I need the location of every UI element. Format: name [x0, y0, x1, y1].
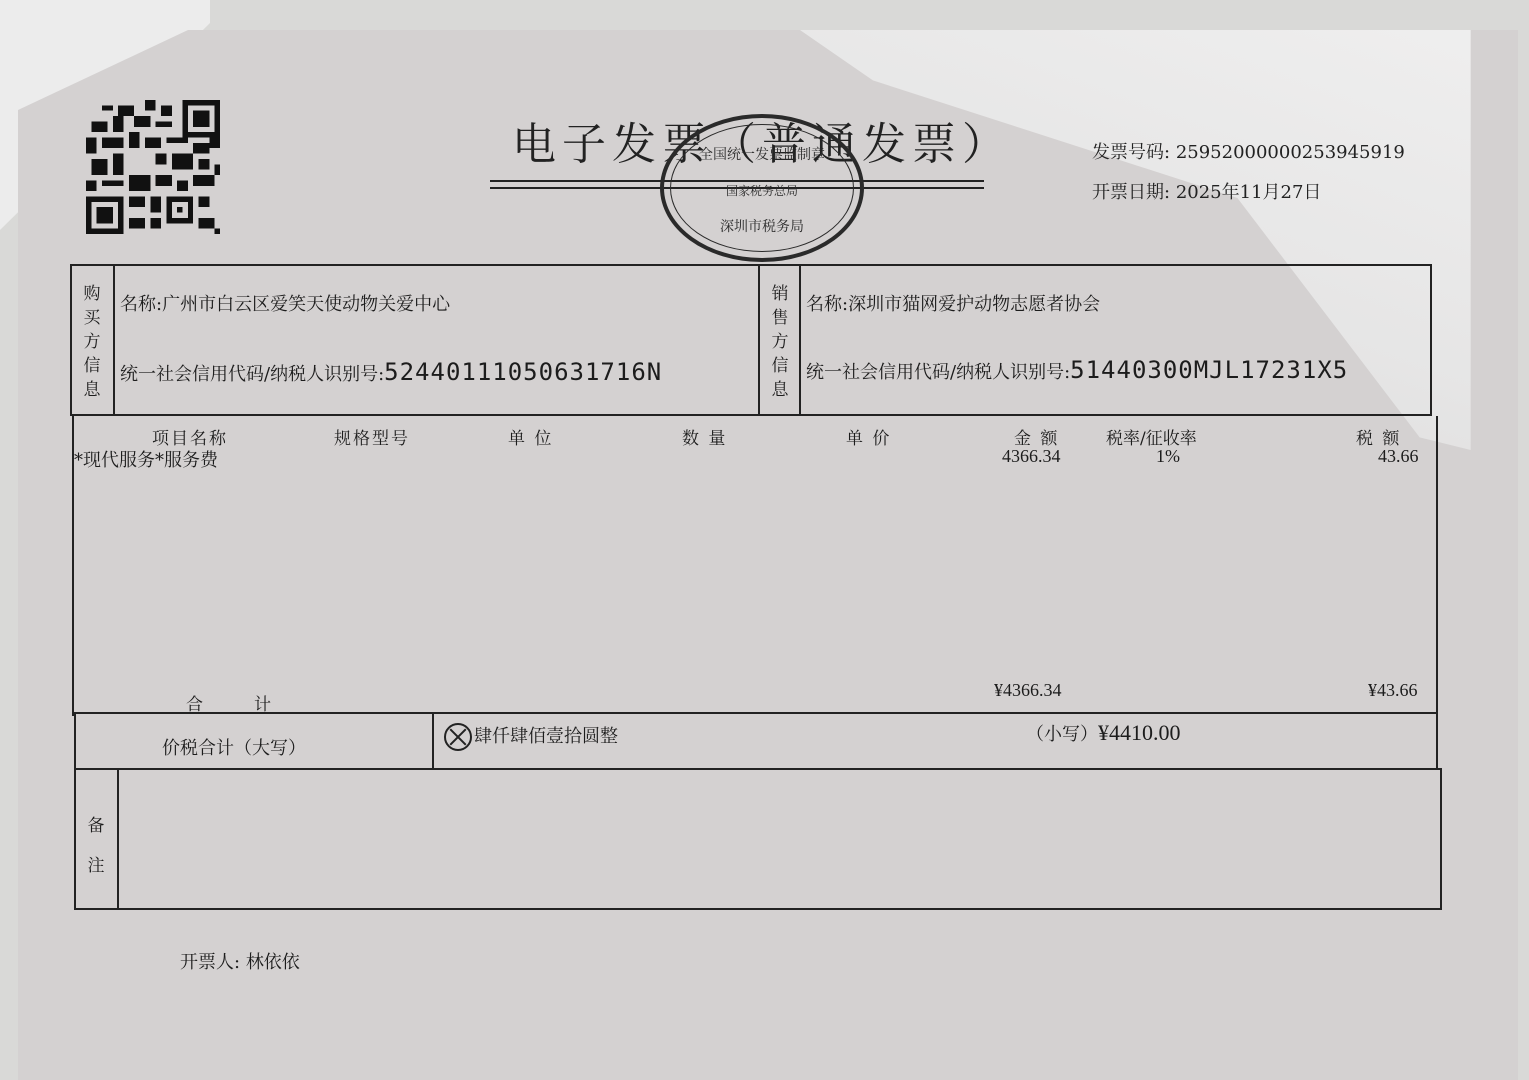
invoice-date: 开票日期: 2025年11月27日	[1092, 178, 1321, 204]
seller-tax-id-value: 51440300MJL17231X5	[1070, 356, 1348, 384]
total-tax: ¥43.66	[1368, 680, 1418, 701]
item-tax: 43.66	[1378, 446, 1419, 467]
seller-name-value: 深圳市猫网爱护动物志愿者协会	[848, 294, 1100, 315]
grand-total-upper-value: 肆仟肆佰壹拾圆整	[474, 726, 618, 747]
item-name: *现代服务*服务费	[74, 446, 218, 472]
invoice-number-label: 发票号码:	[1092, 142, 1170, 163]
invoice-number-value: 25952000000253945919	[1176, 142, 1405, 163]
item-rate: 1%	[1156, 446, 1180, 467]
tax-bureau-seal: 全国统一发票监制章 国家税务总局 深圳市税务局	[660, 114, 864, 262]
seller-tax-id: 统一社会信用代码/纳税人识别号:51440300MJL17231X5	[806, 356, 1348, 384]
column-header: 单 价	[846, 424, 891, 449]
issuer-name: 林依依	[246, 952, 300, 973]
party-info-table	[70, 264, 1432, 416]
buyer-tax-id-value: 52440111050631716N	[384, 358, 662, 386]
grand-total-upper-label: 价税合计（大写）	[162, 734, 306, 760]
total-amount: ¥4366.34	[994, 680, 1062, 701]
buyer-name: 名称:广州市白云区爱笑天使动物关爱中心	[120, 290, 450, 316]
grand-total-lower: （小写）¥4410.00	[1026, 720, 1181, 746]
issuer: 开票人: 林依依	[180, 948, 300, 974]
seal-middle-text: 国家税务总局	[664, 182, 860, 199]
column-header: 单 位	[508, 424, 553, 449]
grand-total-lower-value: ¥4410.00	[1098, 720, 1181, 745]
qr-code-icon	[86, 98, 220, 236]
circled-x-icon	[444, 723, 472, 751]
seller-name: 名称:深圳市猫网爱护动物志愿者协会	[806, 290, 1100, 316]
buyer-section-label: 购买方信息	[72, 282, 112, 402]
seller-section-label: 销售方信息	[760, 282, 800, 402]
buyer-tax-id: 统一社会信用代码/纳税人识别号:52440111050631716N	[120, 358, 662, 386]
remarks-label: 备注	[76, 806, 116, 886]
remarks-box	[74, 768, 1442, 910]
invoice-date-label: 开票日期:	[1092, 182, 1170, 203]
grand-total-upper: 肆仟肆佰壹拾圆整	[444, 722, 618, 751]
seal-bottom-text: 深圳市税务局	[664, 216, 860, 236]
buyer-name-value: 广州市白云区爱笑天使动物关爱中心	[162, 294, 450, 315]
invoice-date-value: 2025年11月27日	[1176, 182, 1322, 203]
column-header: 数 量	[682, 424, 727, 449]
column-header: 规格型号	[334, 424, 410, 449]
invoice-number: 发票号码: 25952000000253945919	[1092, 138, 1405, 164]
seal-top-text: 全国统一发票监制章	[664, 144, 860, 164]
column-header: 税率/征收率	[1106, 424, 1197, 449]
item-amount: 4366.34	[1002, 446, 1061, 467]
